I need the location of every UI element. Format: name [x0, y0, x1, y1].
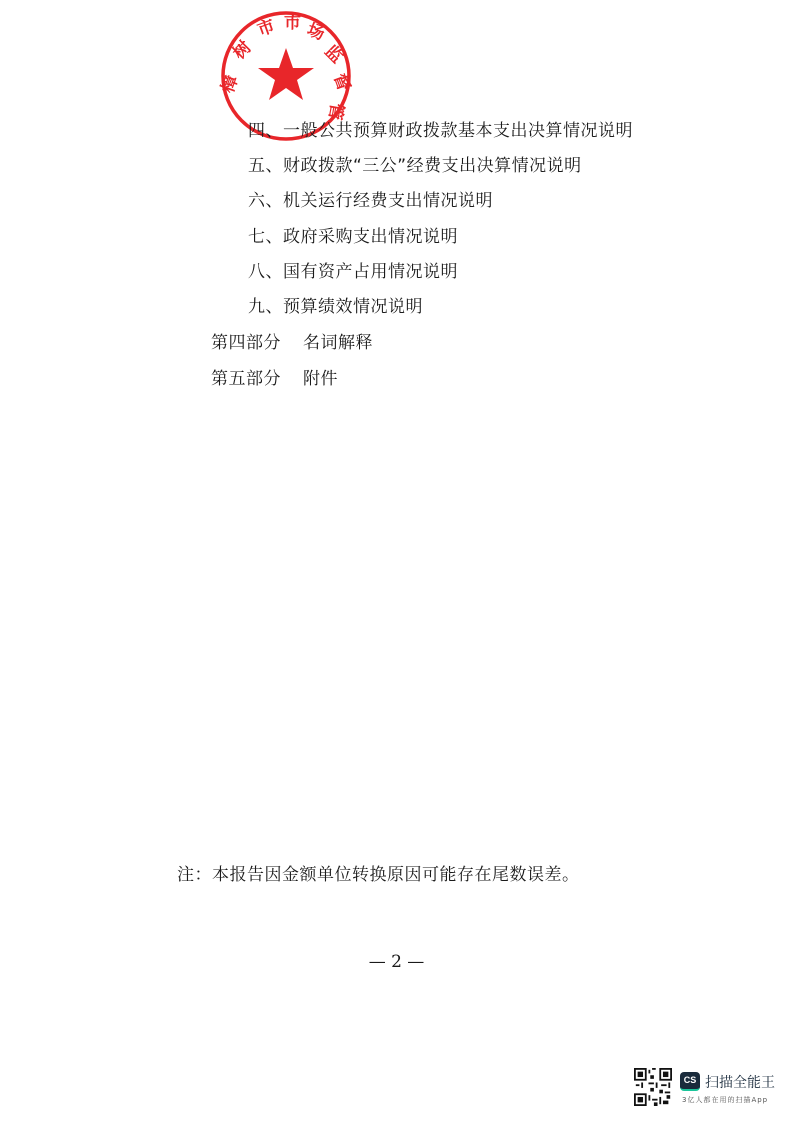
- footnote: 注：本报告因金额单位转换原因可能存在尾数误差。: [177, 864, 580, 886]
- camscanner-title: 扫描全能王: [705, 1072, 775, 1092]
- part-number: 第五部分: [211, 369, 281, 389]
- star-icon: [258, 48, 314, 100]
- camscanner-watermark: CS 扫描全能王 3亿人都在用的扫描App: [634, 1068, 784, 1112]
- toc-item: 九、预算绩效情况说明: [248, 296, 423, 318]
- svg-text:管: 管: [324, 101, 348, 121]
- svg-text:场: 场: [304, 20, 327, 45]
- toc-item: 四、一般公共预算财政拨款基本支出决算情况说明: [248, 120, 633, 142]
- toc-item: 八、国有资产占用情况说明: [248, 261, 458, 283]
- svg-text:监: 监: [320, 41, 347, 68]
- camscanner-subtitle: 3亿人都在用的扫描App: [682, 1095, 768, 1105]
- part-title: 名词解释: [303, 333, 373, 353]
- part-title: 附件: [303, 369, 338, 389]
- toc-item: 七、政府采购支出情况说明: [248, 226, 458, 248]
- toc-part: 第四部分名词解释: [211, 332, 373, 354]
- toc-item: 五、财政拨款“三公”经费支出决算情况说明: [248, 155, 582, 177]
- svg-text:樟: 樟: [218, 73, 243, 96]
- qr-code-icon: [634, 1068, 672, 1106]
- camscanner-logo-icon: CS: [680, 1072, 700, 1091]
- toc-part: 第五部分附件: [211, 368, 338, 390]
- toc-item: 六、机关运行经费支出情况说明: [248, 190, 493, 212]
- part-number: 第四部分: [211, 333, 281, 353]
- page-number: — 2 —: [0, 952, 793, 972]
- svg-text:市: 市: [284, 12, 301, 33]
